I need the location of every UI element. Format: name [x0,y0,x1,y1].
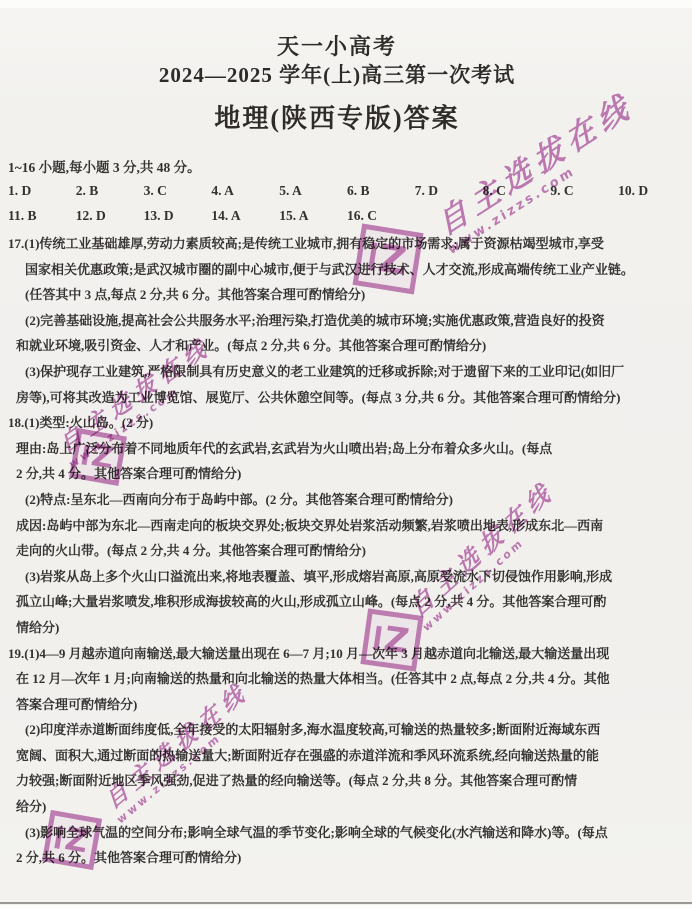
answer-line: 房等),可将其改造为工业博览馆、展览厅、公共休憩空间等。(每点 3 分,共 6 … [0,385,692,411]
page-bottom-rule [0,902,692,904]
answer-line: 宽阔、面积大,通过断面的热输送量大;断面附近存在强盛的赤道洋流和季风环流系统,经… [0,743,692,769]
mcq-answer: 3. C [144,183,212,199]
mcq-answer: 11. B [8,208,76,224]
exam-brand-title: 天一小高考 [0,30,674,61]
answer-line: (3)岩浆从岛上多个火山口溢流出来,将地表覆盖、填平,形成熔岩高原,高原受流水下… [0,564,692,590]
answer-line: (3)保护现存工业建筑,严格限制具有历史意义的老工业建筑的迁移或拆除;对于遗留下… [0,359,692,385]
answer-line: (2)完善基础设施,提高社会公共服务水平;治理污染,打造优美的城市环境;实施优惠… [0,308,692,334]
mcq-answer: 5. A [279,183,347,199]
answer-line: 力较强;断面附近地区季风强劲,促进了热量的经向输送等。(每点 2 分,共 8 分… [0,768,692,794]
answer-line: 情给分) [0,615,692,641]
answer-line: (2)特点:呈东北—西南向分布于岛屿中部。(2 分。其他答案合理可酌情给分) [0,487,692,513]
answer-line: (3)影响全球气温的空间分布;影响全球气温的季节变化;影响全球的气候变化(水汽输… [0,820,692,846]
mcq-answer-row-2: 11. B 12. D 13. D 14. A 15. A 16. C [8,208,415,224]
mcq-answer: 9. C [550,183,618,199]
answer-line: 孤立山峰;大量岩浆喷发,堆积形成海拔较高的火山,形成孤立山峰。(每点 2 分,共… [0,589,692,615]
answer-line: 答案合理可酌情给分) [0,692,692,718]
mcq-answer-row-1: 1. D 2. B 3. C 4. A 5. A 6. B 7. D 8. C … [8,183,686,199]
answer-line: 理由:岛上广泛分布着不同地质年代的玄武岩,玄武岩为火山喷出岩;岛上分布着众多火山… [0,436,692,462]
answer-line: (任答其中 3 点,每点 2 分,共 6 分。其他答案合理可酌情给分) [0,282,692,308]
mcq-scoring-note: 1~16 小题,每小题 3 分,共 48 分。 [8,156,201,176]
mcq-answer: 2. B [76,183,144,199]
answer-line: 和就业环境,吸引资金、人才和产业。(每点 2 分,共 6 分。其他答案合理可酌情… [0,333,692,359]
scanned-answer-sheet: 天一小高考 2024—2025 学年(上)高三第一次考试 地理(陕西专版)答案 … [0,0,692,908]
answer-line: 在 12 月—次年 1 月;向南输送的热量和向北输送的热量大体相当。(任答其中 … [0,666,692,692]
answer-line: 成因:岛屿中部为东北—西南走向的板块交界处;板块交界处岩浆活动频繁,岩浆喷出地表… [0,513,692,539]
mcq-answer: 4. A [211,183,279,199]
mcq-answer: 1. D [8,183,76,199]
subject-answer-title: 地理(陕西专版)答案 [0,98,674,135]
mcq-answer: 15. A [279,208,347,224]
mcq-answer: 8. C [483,183,551,199]
answer-line: (2)印度洋赤道断面纬度低,全年接受的太阳辐射多,海水温度较高,可输送的热量较多… [0,717,692,743]
mcq-answer: 12. D [76,208,144,224]
mcq-answer: 10. D [618,183,686,199]
answer-line: 给分) [0,794,692,820]
mcq-answer: 16. C [347,208,415,224]
answer-line-q19: 19.(1)4—9 月越赤道向南输送,最大输送量出现在 6—7 月;10 月—次… [0,641,692,667]
answer-line-q17: 17.(1)传统工业基础雄厚,劳动力素质较高;是传统工业城市,拥有稳定的市场需求… [0,231,692,257]
answer-line: 2 分,共 6 分。其他答案合理可酌情给分) [0,845,692,871]
scan-edge-top [0,0,692,8]
answer-line: 走向的火山带。(每点 2 分,共 4 分。其他答案合理可酌情给分) [0,538,692,564]
mcq-answer: 14. A [211,208,279,224]
answer-line: 国家相关优惠政策;是武汉城市圈的副中心城市,便于与武汉进行技术、人才交流,形成高… [0,257,692,283]
mcq-answer: 7. D [415,183,483,199]
exam-session-title: 2024—2025 学年(上)高三第一次考试 [0,59,674,89]
answer-line-q18: 18.(1)类型:火山岛。(2 分) [0,410,692,436]
mcq-answer: 13. D [144,208,212,224]
mcq-answer: 6. B [347,183,415,199]
free-response-answers: 17.(1)传统工业基础雄厚,劳动力素质较高;是传统工业城市,拥有稳定的市场需求… [0,231,692,871]
answer-line: 2 分,共 4 分。其他答案合理可酌情给分) [0,461,692,487]
